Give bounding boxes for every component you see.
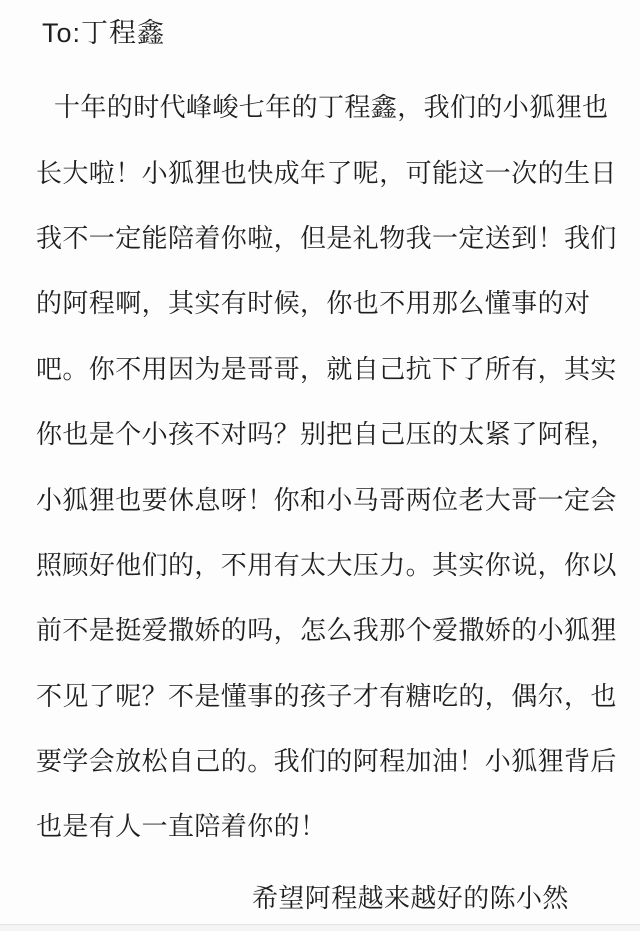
- letter-line: 长大啦！小狐狸也快成年了呢，可能这一次的生日: [36, 138, 610, 203]
- bottom-strip: [0, 924, 640, 931]
- letter-line: 照顾好他们的，不用有太大压力。其实你说，你以: [36, 531, 610, 596]
- letter-body: 十年的时代峰峻七年的丁程鑫，我们的小狐狸也 长大啦！小狐狸也快成年了呢，可能这一…: [36, 73, 610, 858]
- letter-line: 也是有人一直陪着你的！: [36, 792, 610, 857]
- letter-signature: 希望阿程越来越好的陈小然: [252, 872, 610, 922]
- letter-line: 前不是挺爱撒娇的吗，怎么我那个爱撒娇的小狐狸: [36, 596, 610, 661]
- letter-line: 我不一定能陪着你啦，但是礼物我一定送到！我们: [36, 204, 610, 269]
- letter-line: 要学会放松自己的。我们的阿程加油！小狐狸背后: [36, 727, 610, 792]
- letter-line: 十年的时代峰峻七年的丁程鑫，我们的小狐狸也: [36, 73, 610, 138]
- letter-line: 不见了呢？不是懂事的孩子才有糖吃的，偶尔，也: [36, 662, 610, 727]
- letter-line: 小狐狸也要休息呀！你和小马哥两位老大哥一定会: [36, 465, 610, 530]
- letter-page: To:丁程鑫 十年的时代峰峻七年的丁程鑫，我们的小狐狸也 长大啦！小狐狸也快成年…: [0, 0, 640, 925]
- letter-recipient: To:丁程鑫: [42, 20, 610, 47]
- letter-line: 吧。你不用因为是哥哥，就自己抗下了所有，其实: [36, 335, 610, 400]
- letter-line: 的阿程啊，其实有时候，你也不用那么懂事的对: [36, 269, 610, 334]
- letter-line: 你也是个小孩不对吗？别把自己压的太紧了阿程，: [36, 400, 610, 465]
